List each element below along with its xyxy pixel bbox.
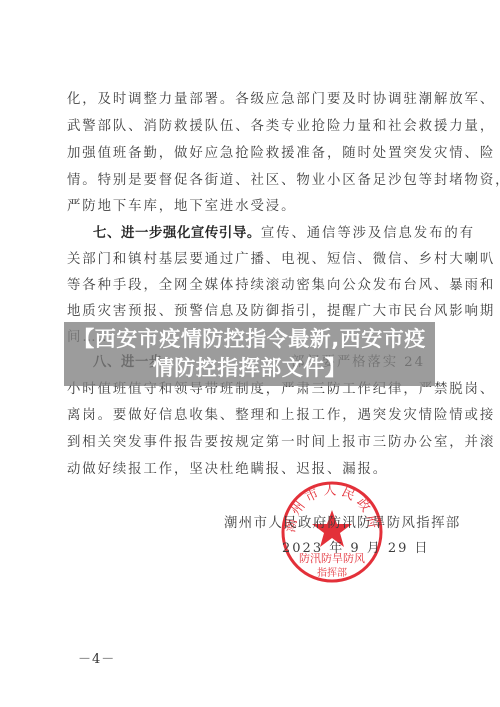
official-seal-icon: 潮州市人民政府 防汛防旱防风 指挥部 <box>280 480 384 584</box>
title-banner-line-2: 情防控指挥部文件】 <box>64 354 435 383</box>
body-line: 情。特别是要督促各街道、社区、物业小区备足沙包等封堵物资， <box>67 172 435 190</box>
section-7-first-line: 七、进一步强化宣传引导。宣传、通信等涉及信息发布的有 <box>93 225 435 243</box>
body-line: 到相关突发事件报告要按规定第一时间上报市三防办公室，并滚 <box>67 434 435 452</box>
body-line: 地质灾害预报、预警信息及防御指引，提醒广大市民台风影响期 <box>67 303 435 321</box>
title-banner-line-1: 【西安市疫情防控指令最新,西安市疫 <box>64 325 435 354</box>
body-line: 离岗。要做好信息收集、整理和上报工作，遇突发灾情险情或接 <box>67 407 435 425</box>
issuer-signature: 潮州市人民政府防汛防旱防风指挥部 <box>224 512 438 531</box>
section-7-heading: 七、进一步强化宣传引导。 <box>93 226 261 241</box>
body-line: 等各种手段，全网全媒体持续滚动密集向公众发布台风、暴雨和 <box>67 277 435 295</box>
issue-date: 2023 年 9 月 29 日 <box>282 537 430 556</box>
page-number: －4－ <box>78 648 115 667</box>
title-banner: 【西安市疫情防控指令最新,西安市疫 情防控指挥部文件】 <box>64 322 435 386</box>
body-line: 动做好续报工作，坚决杜绝瞒报、迟报、漏报。 <box>67 461 435 479</box>
body-line: 化，及时调整力量部署。各级应急部门要及时协调驻潮解放军、 <box>67 91 435 109</box>
svg-text:指挥部: 指挥部 <box>317 566 347 579</box>
body-line: 加强值班备勤，做好应急抢险救援准备，随时处置突发灾情、险 <box>67 145 435 163</box>
body-line: 严防地下车库，地下室进水受浸。 <box>67 198 435 216</box>
body-line: 关部门和镇村基层要通过广播、电视、短信、微信、乡村大喇叭 <box>67 251 435 269</box>
body-line: 武警部队、消防救援队伍、各类专业抢险力量和社会救援力量， <box>67 118 435 136</box>
section-7-text: 宣传、通信等涉及信息发布的有 <box>261 226 475 241</box>
